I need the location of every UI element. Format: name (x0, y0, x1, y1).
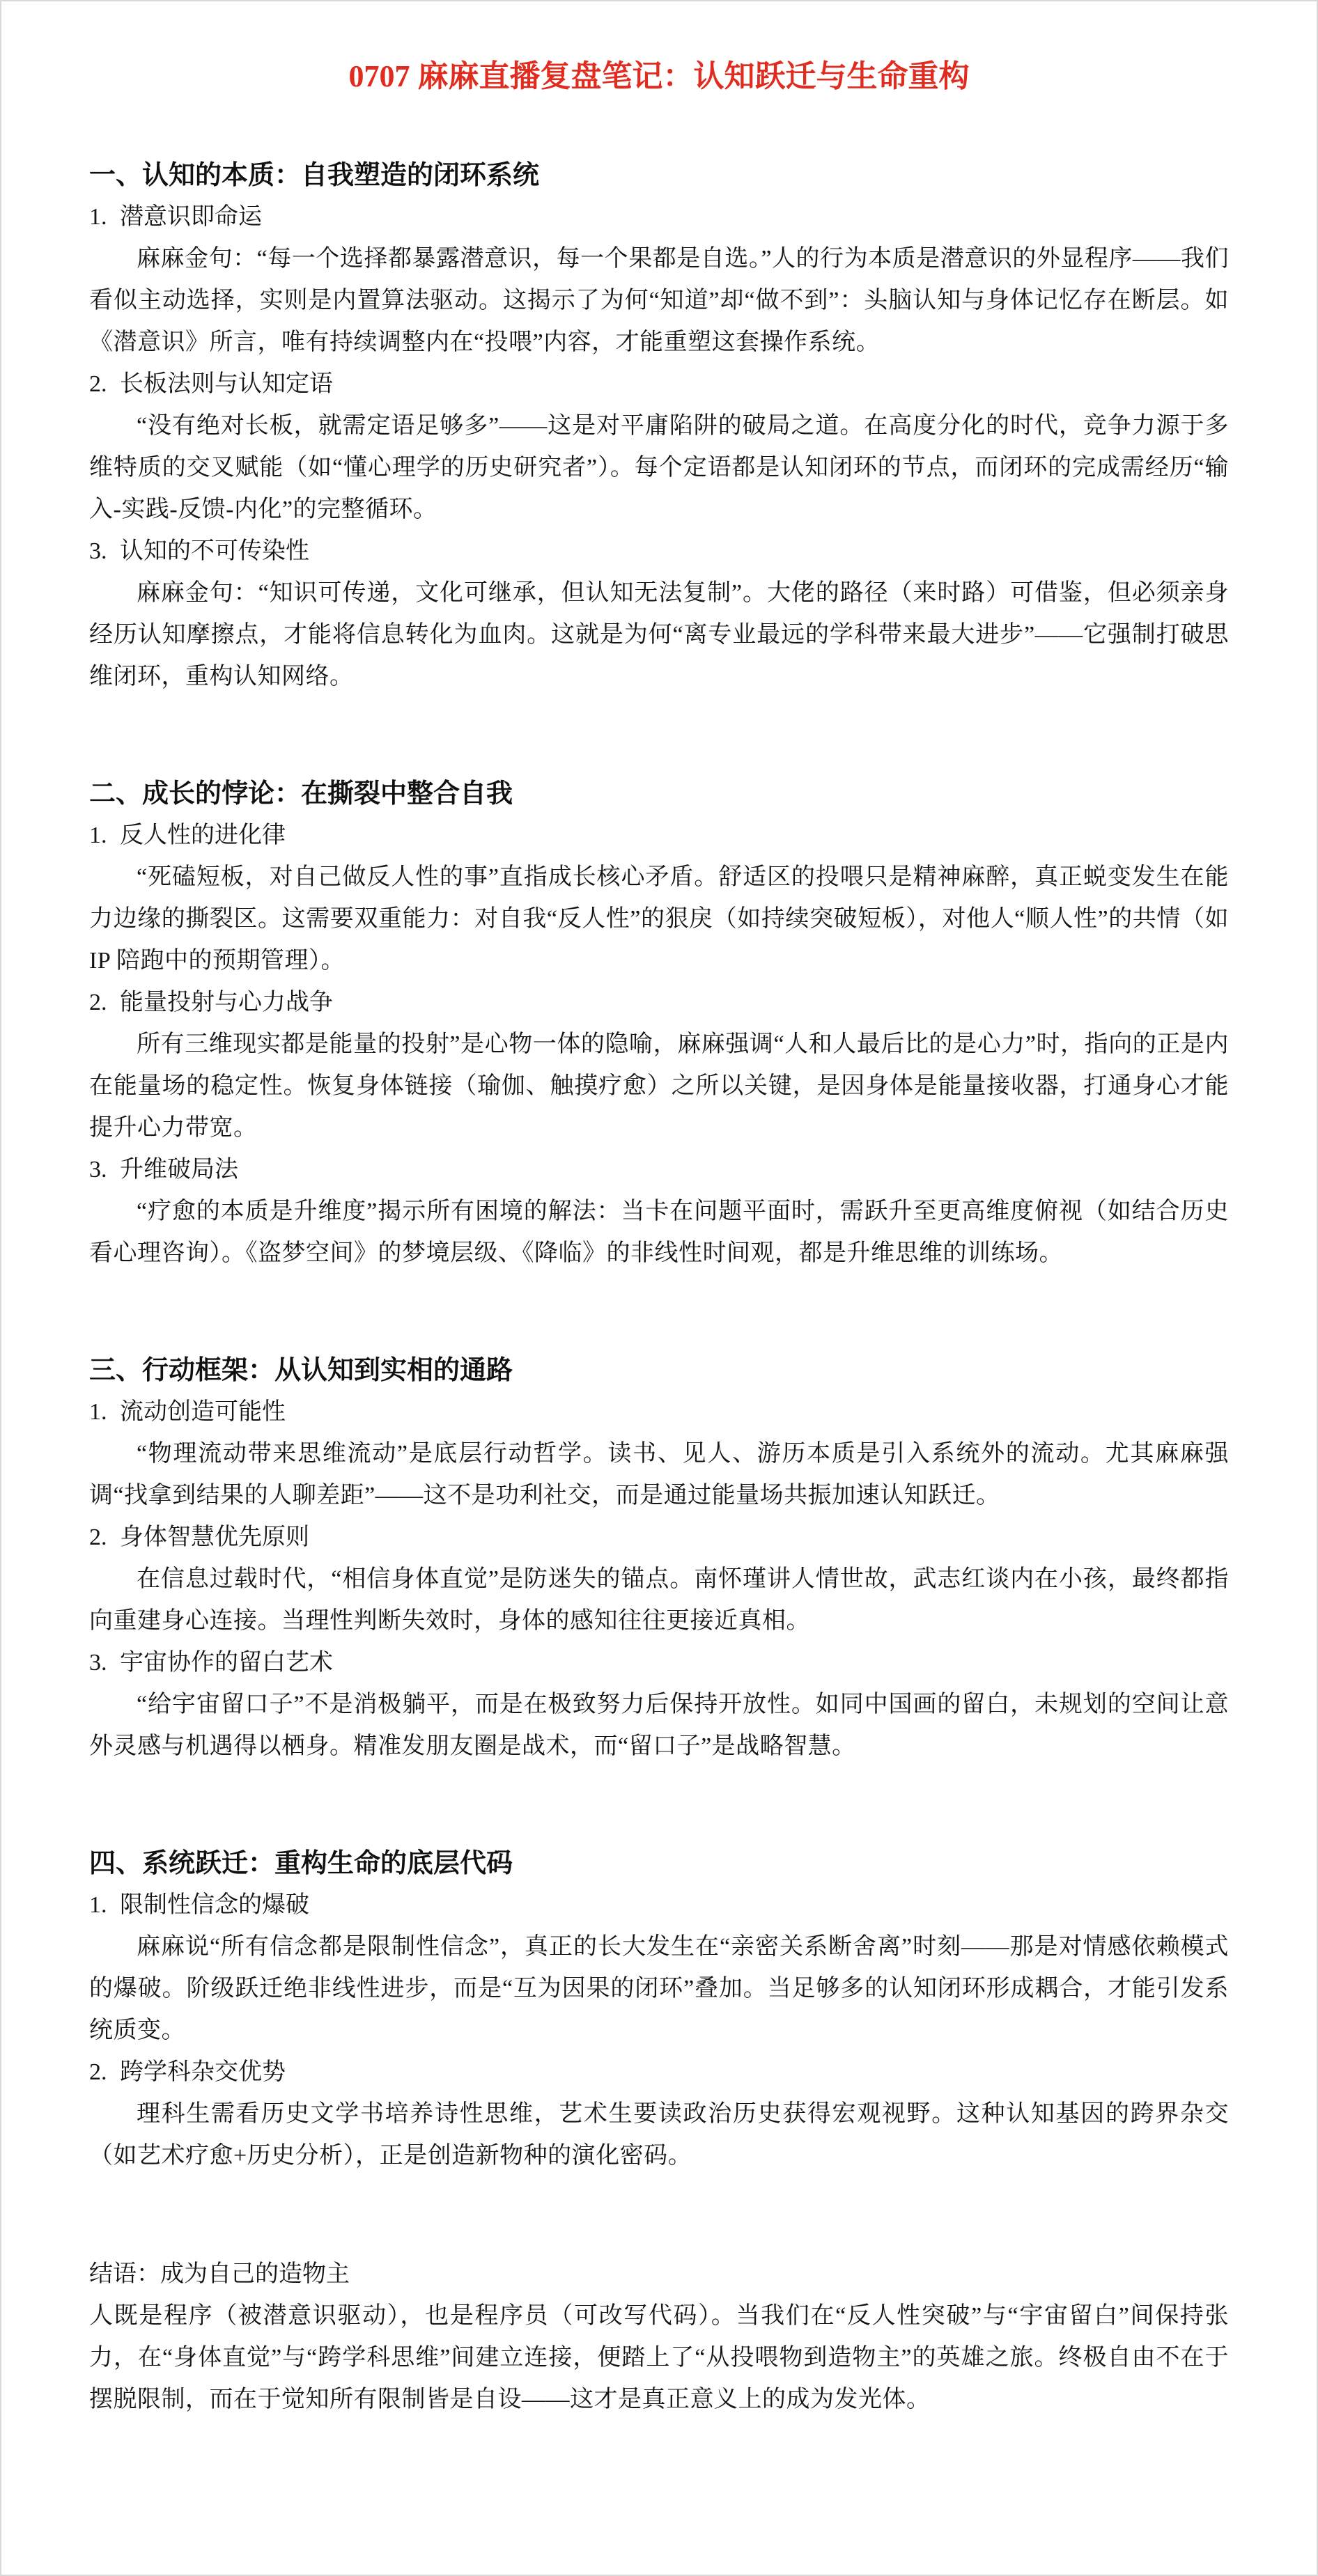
list-item: 2.能量投射与心力战争 所有三维现实都是能量的投射”是心物一体的隐喻，麻麻强调“… (89, 982, 1229, 1149)
item-number: 2. (89, 1517, 120, 1559)
item-subtitle: 能量投射与心力战争 (120, 990, 333, 1015)
section-heading: 一、认知的本质：自我塑造的闭环系统 (89, 155, 1229, 196)
item-number: 1. (89, 196, 120, 238)
section-cognition-essence: 一、认知的本质：自我塑造的闭环系统 1.潜意识即命运 麻麻金句：“每一个选择都暴… (89, 155, 1229, 698)
item-number: 1. (89, 1391, 120, 1433)
item-subtitle: 流动创造可能性 (120, 1399, 286, 1425)
section-action-framework: 三、行动框架：从认知到实相的通路 1.流动创造可能性 “物理流动带来思维流动”是… (89, 1350, 1229, 1767)
conclusion: 结语：成为自己的造物主 人既是程序（被潜意识驱动），也是程序员（可改写代码）。当… (89, 2254, 1229, 2421)
item-title: 1.反人性的进化律 (89, 815, 1229, 857)
list-item: 2.长板法则与认知定语 “没有绝对长板，就需定语足够多”——这是对平庸陷阱的破局… (89, 364, 1229, 531)
item-subtitle: 宇宙协作的留白艺术 (120, 1650, 333, 1676)
item-title: 3.宇宙协作的留白艺术 (89, 1642, 1229, 1684)
conclusion-body: 人既是程序（被潜意识驱动），也是程序员（可改写代码）。当我们在“反人性突破”与“… (89, 2295, 1229, 2421)
item-body: “物理流动带来思维流动”是底层行动哲学。读书、见人、游历本质是引入系统外的流动。… (89, 1433, 1229, 1517)
page-title: 0707 麻麻直播复盘笔记：认知跃迁与生命重构 (89, 57, 1229, 96)
list-item: 3.认知的不可传染性 麻麻金句：“知识可传递，文化可继承，但认知无法复制”。大佬… (89, 531, 1229, 698)
section-growth-paradox: 二、成长的悖论：在撕裂中整合自我 1.反人性的进化律 “死磕短板，对自己做反人性… (89, 773, 1229, 1274)
list-item: 2.身体智慧优先原则 在信息过载时代，“相信身体直觉”是防迷失的锚点。南怀瑾讲人… (89, 1517, 1229, 1642)
item-title: 2.身体智慧优先原则 (89, 1517, 1229, 1559)
item-title: 1.限制性信念的爆破 (89, 1884, 1229, 1926)
item-number: 3. (89, 1149, 120, 1191)
item-title: 1.潜意识即命运 (89, 196, 1229, 238)
item-title: 3.升维破局法 (89, 1149, 1229, 1191)
item-title: 1.流动创造可能性 (89, 1391, 1229, 1433)
section-heading: 二、成长的悖论：在撕裂中整合自我 (89, 773, 1229, 815)
section-heading: 三、行动框架：从认知到实相的通路 (89, 1350, 1229, 1391)
item-subtitle: 认知的不可传染性 (120, 538, 309, 564)
conclusion-heading: 结语：成为自己的造物主 (89, 2254, 1229, 2295)
item-number: 3. (89, 1642, 120, 1684)
list-item: 1.潜意识即命运 麻麻金句：“每一个选择都暴露潜意识，每一个果都是自选。”人的行… (89, 196, 1229, 364)
item-body: 理科生需看历史文学书培养诗性思维，艺术生要读政治历史获得宏观视野。这种认知基因的… (89, 2093, 1229, 2177)
list-item: 2.跨学科杂交优势 理科生需看历史文学书培养诗性思维，艺术生要读政治历史获得宏观… (89, 2052, 1229, 2177)
section-system-leap: 四、系统跃迁：重构生命的底层代码 1.限制性信念的爆破 麻麻说“所有信念都是限制… (89, 1843, 1229, 2177)
section-heading: 四、系统跃迁：重构生命的底层代码 (89, 1843, 1229, 1884)
item-number: 1. (89, 1884, 120, 1926)
document-page: { "page": { "title": "0707 麻麻直播复盘笔记：认知跃迁… (0, 0, 1318, 2576)
item-number: 1. (89, 815, 120, 857)
list-item: 3.宇宙协作的留白艺术 “给宇宙留口子”不是消极躺平，而是在极致努力后保持开放性… (89, 1642, 1229, 1767)
item-number: 3. (89, 531, 120, 572)
item-body: 麻麻说“所有信念都是限制性信念”，真正的长大发生在“亲密关系断舍离”时刻——那是… (89, 1926, 1229, 2052)
item-subtitle: 长板法则与认知定语 (120, 371, 333, 397)
item-title: 3.认知的不可传染性 (89, 531, 1229, 572)
item-number: 2. (89, 364, 120, 405)
list-item: 3.升维破局法 “疗愈的本质是升维度”揭示所有困境的解法：当卡在问题平面时，需跃… (89, 1149, 1229, 1274)
item-body: “给宇宙留口子”不是消极躺平，而是在极致努力后保持开放性。如同中国画的留白，未规… (89, 1684, 1229, 1767)
item-subtitle: 跨学科杂交优势 (120, 2059, 286, 2085)
item-subtitle: 限制性信念的爆破 (120, 1892, 309, 1918)
item-title: 2.长板法则与认知定语 (89, 364, 1229, 405)
item-body: 在信息过载时代，“相信身体直觉”是防迷失的锚点。南怀瑾讲人情世故，武志红谈内在小… (89, 1559, 1229, 1642)
item-title: 2.跨学科杂交优势 (89, 2052, 1229, 2093)
item-title: 2.能量投射与心力战争 (89, 982, 1229, 1024)
list-item: 1.限制性信念的爆破 麻麻说“所有信念都是限制性信念”，真正的长大发生在“亲密关… (89, 1884, 1229, 2052)
item-subtitle: 潜意识即命运 (120, 204, 262, 230)
item-number: 2. (89, 2052, 120, 2093)
item-body: 麻麻金句：“每一个选择都暴露潜意识，每一个果都是自选。”人的行为本质是潜意识的外… (89, 238, 1229, 364)
item-body: “疗愈的本质是升维度”揭示所有困境的解法：当卡在问题平面时，需跃升至更高维度俯视… (89, 1191, 1229, 1274)
item-body: “死磕短板，对自己做反人性的事”直指成长核心矛盾。舒适区的投喂只是精神麻醉，真正… (89, 857, 1229, 982)
item-body: 麻麻金句：“知识可传递，文化可继承，但认知无法复制”。大佬的路径（来时路）可借鉴… (89, 572, 1229, 698)
item-subtitle: 升维破局法 (120, 1157, 238, 1182)
item-number: 2. (89, 982, 120, 1024)
item-subtitle: 反人性的进化律 (120, 822, 286, 848)
list-item: 1.流动创造可能性 “物理流动带来思维流动”是底层行动哲学。读书、见人、游历本质… (89, 1391, 1229, 1517)
item-body: 所有三维现实都是能量的投射”是心物一体的隐喻，麻麻强调“人和人最后比的是心力”时… (89, 1024, 1229, 1149)
item-body: “没有绝对长板，就需定语足够多”——这是对平庸陷阱的破局之道。在高度分化的时代，… (89, 405, 1229, 531)
item-subtitle: 身体智慧优先原则 (120, 1524, 309, 1550)
list-item: 1.反人性的进化律 “死磕短板，对自己做反人性的事”直指成长核心矛盾。舒适区的投… (89, 815, 1229, 982)
